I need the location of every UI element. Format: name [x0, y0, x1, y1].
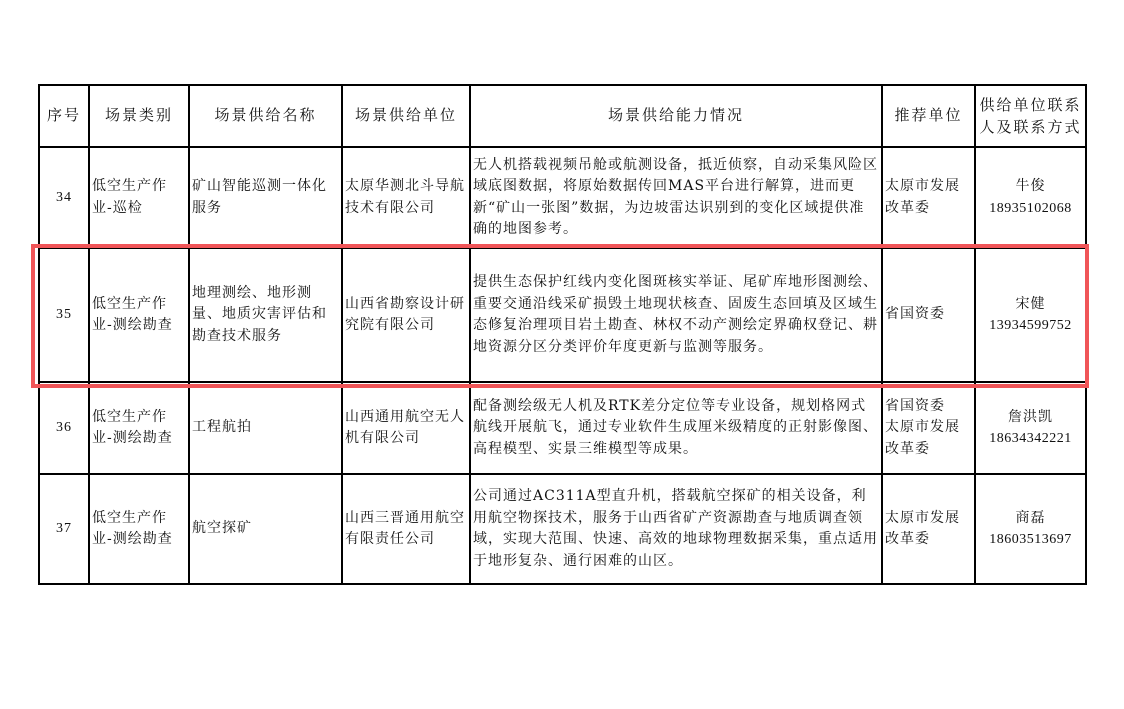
contact-name: 牛俊 [978, 176, 1083, 198]
contact-name: 商磊 [978, 508, 1083, 530]
row-name: 地理测绘、地形测量、地质灾害评估和勘查技术服务 [189, 248, 342, 382]
contact-name: 詹洪凯 [978, 407, 1083, 429]
row-unit: 山西通用航空无人机有限公司 [342, 382, 470, 474]
table-row: 34 低空生产作业-巡检 矿山智能巡测一体化服务 太原华测北斗导航技术有限公司 … [39, 147, 1086, 248]
row-category: 低空生产作业-测绘勘查 [89, 248, 189, 382]
row-no: 37 [39, 474, 89, 584]
row-no: 36 [39, 382, 89, 474]
row-capability: 配备测绘级无人机及RTK差分定位等专业设备，规划格网式航线开展航飞，通过专业软件… [470, 382, 882, 474]
row-contact: 牛俊 18935102068 [975, 147, 1086, 248]
row-capability: 无人机搭载视频吊舱或航测设备，抵近侦察，自动采集风险区域底图数据，将原始数据传回… [470, 147, 882, 248]
row-capability: 公司通过AC311A型直升机，搭载航空探矿的相关设备，利用航空物探技术，服务于山… [470, 474, 882, 584]
header-unit: 场景供给单位 [342, 85, 470, 147]
row-name: 工程航拍 [189, 382, 342, 474]
row-contact: 宋健 13934599752 [975, 248, 1086, 382]
row-recommender: 太原市发展改革委 [882, 147, 975, 248]
header-recommender: 推荐单位 [882, 85, 975, 147]
scene-supply-table: 序号 场景类别 场景供给名称 场景供给单位 场景供给能力情况 推荐单位 供给单位… [38, 84, 1087, 585]
header-category: 场景类别 [89, 85, 189, 147]
contact-phone: 18634342221 [978, 428, 1083, 450]
contact-phone: 18603513697 [978, 529, 1083, 551]
row-contact: 商磊 18603513697 [975, 474, 1086, 584]
table-row: 37 低空生产作业-测绘勘查 航空探矿 山西三晋通用航空有限责任公司 公司通过A… [39, 474, 1086, 584]
row-category: 低空生产作业-测绘勘查 [89, 474, 189, 584]
row-capability: 提供生态保护红线内变化图斑核实举证、尾矿库地形图测绘、重要交通沿线采矿损毁土地现… [470, 248, 882, 382]
contact-phone: 18935102068 [978, 198, 1083, 220]
row-no: 35 [39, 248, 89, 382]
row-category: 低空生产作业-巡检 [89, 147, 189, 248]
table-row: 35 低空生产作业-测绘勘查 地理测绘、地形测量、地质灾害评估和勘查技术服务 山… [39, 248, 1086, 382]
contact-name: 宋健 [978, 294, 1083, 316]
row-recommender: 太原市发展改革委 [882, 474, 975, 584]
header-capability: 场景供给能力情况 [470, 85, 882, 147]
row-name: 矿山智能巡测一体化服务 [189, 147, 342, 248]
row-category: 低空生产作业-测绘勘查 [89, 382, 189, 474]
header-name: 场景供给名称 [189, 85, 342, 147]
row-recommender: 省国资委 [882, 248, 975, 382]
header-contact: 供给单位联系人及联系方式 [975, 85, 1086, 147]
row-unit: 太原华测北斗导航技术有限公司 [342, 147, 470, 248]
row-unit: 山西三晋通用航空有限责任公司 [342, 474, 470, 584]
header-row: 序号 场景类别 场景供给名称 场景供给单位 场景供给能力情况 推荐单位 供给单位… [39, 85, 1086, 147]
header-no: 序号 [39, 85, 89, 147]
contact-phone: 13934599752 [978, 315, 1083, 337]
row-unit: 山西省勘察设计研究院有限公司 [342, 248, 470, 382]
row-name: 航空探矿 [189, 474, 342, 584]
table-row: 36 低空生产作业-测绘勘查 工程航拍 山西通用航空无人机有限公司 配备测绘级无… [39, 382, 1086, 474]
row-contact: 詹洪凯 18634342221 [975, 382, 1086, 474]
row-recommender: 省国资委 太原市发展改革委 [882, 382, 975, 474]
row-no: 34 [39, 147, 89, 248]
